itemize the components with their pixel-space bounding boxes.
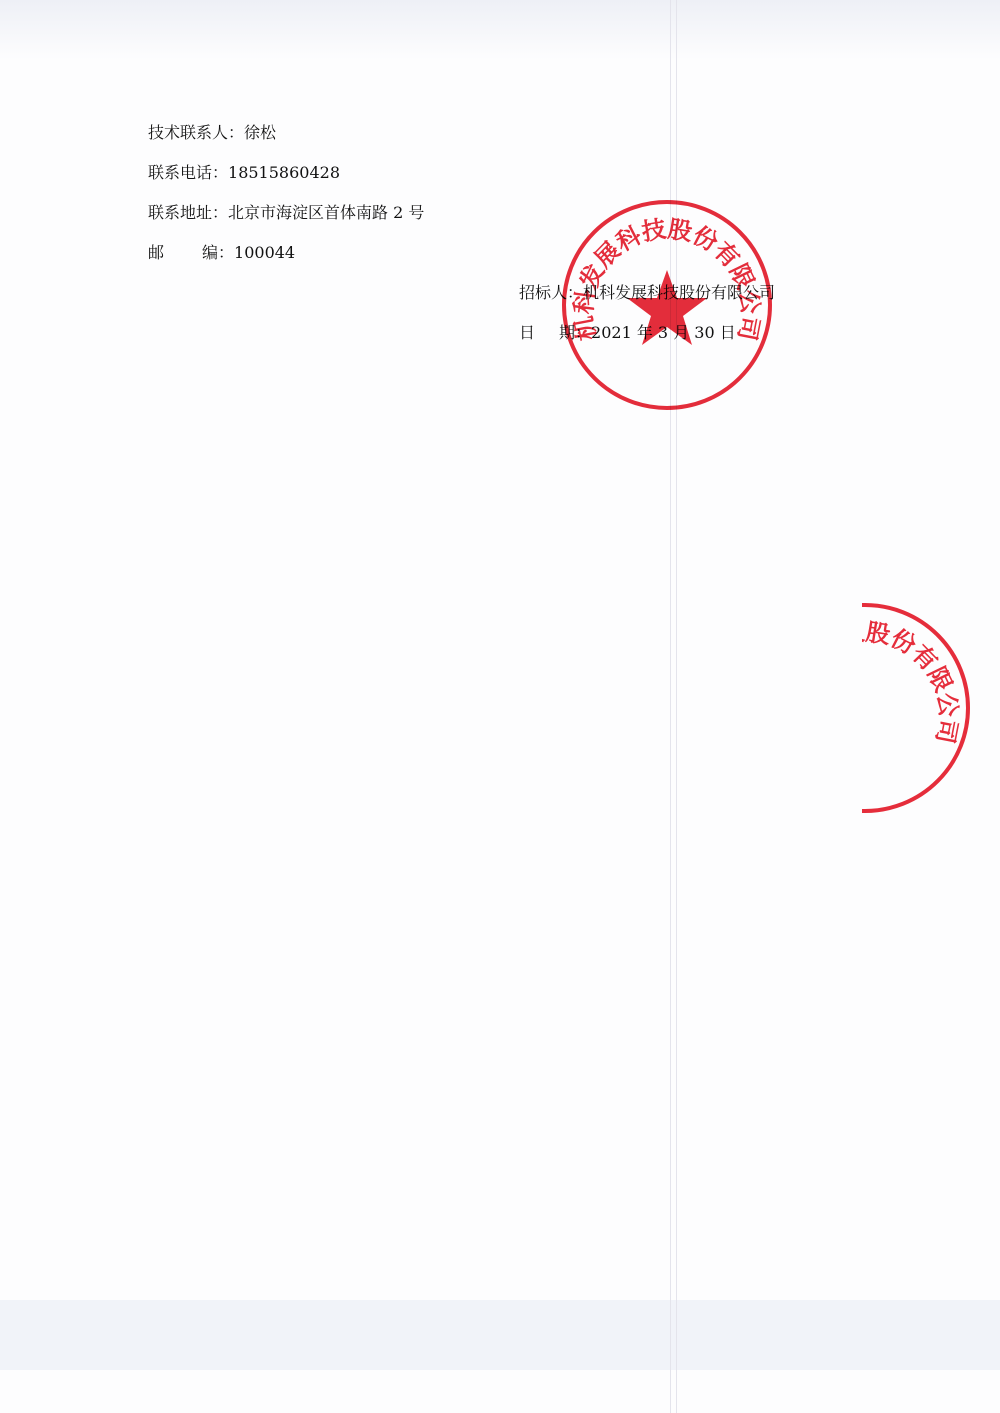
partial-seal-graphic: 机科发展科技股份有限公司 (760, 603, 970, 813)
tech-contact-value: 徐松 (244, 123, 276, 142)
postcode-label-first: 邮 (148, 243, 164, 262)
partial-seal: 机科发展科技股份有限公司 (760, 603, 970, 813)
phone-value: 18515860428 (228, 163, 340, 182)
date-label-first: 日 (519, 323, 535, 342)
address-line: 联系地址：北京市海淀区首体南路 2 号 (148, 203, 424, 223)
phone-label: 联系电话： (148, 163, 228, 182)
partial-seal-text: 机科发展科技股份有限公司 (766, 617, 963, 746)
postcode-value: 100044 (234, 243, 295, 262)
scan-shading-bottom (0, 1300, 1000, 1370)
partial-seal-circle: 机科发展科技股份有限公司 (760, 603, 970, 813)
company-seal: 机科发展科技股份有限公司 (562, 200, 772, 410)
seal-graphic: 机科发展科技股份有限公司 (562, 200, 772, 410)
postcode-line: 邮编：100044 (148, 243, 295, 263)
star-icon (627, 270, 707, 345)
scan-shading-top (0, 0, 1000, 60)
tech-contact-line: 技术联系人：徐松 (148, 123, 276, 143)
postcode-label-second: 编： (202, 243, 234, 262)
phone-line: 联系电话：18515860428 (148, 163, 340, 183)
address-value: 北京市海淀区首体南路 2 号 (228, 203, 424, 222)
address-label: 联系地址： (148, 203, 228, 222)
tech-contact-label: 技术联系人： (148, 123, 244, 142)
